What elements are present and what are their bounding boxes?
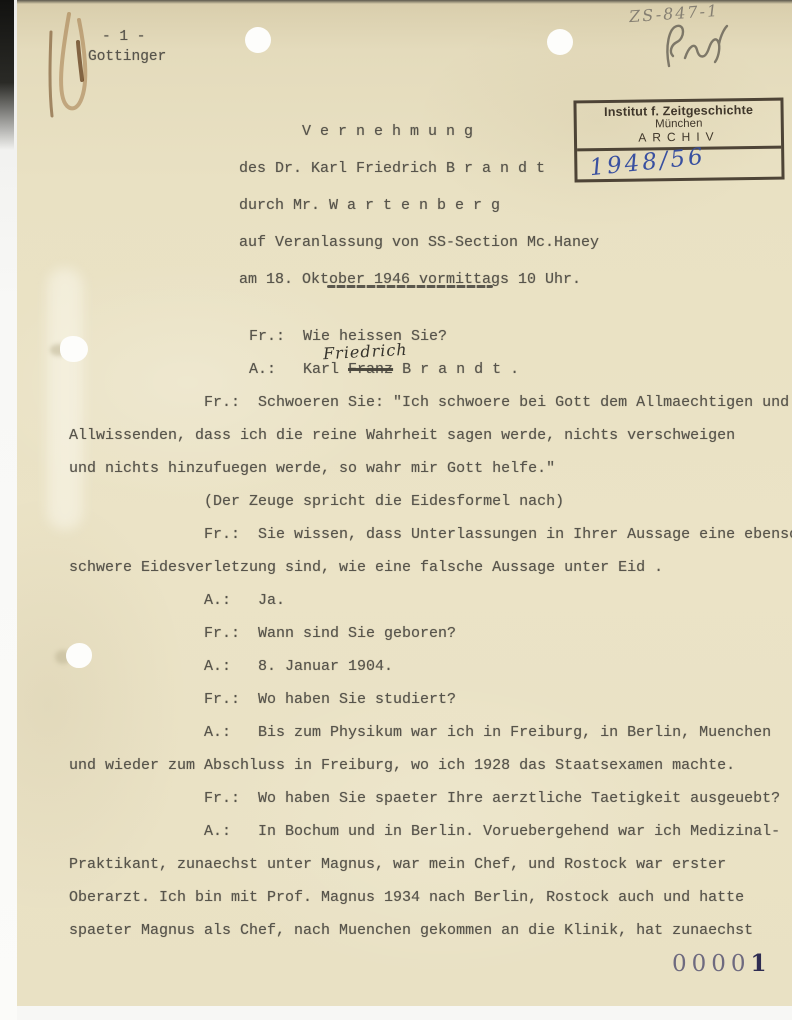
typed-line: schwere Eidesverletzung sind, wie eine f… [69,551,792,584]
typed-line: und wieder zum Abschluss in Freiburg, wo… [69,749,792,782]
document-page: - 1 - Gottinger ZS-847-1 Institut f. Zei… [17,0,792,1006]
scan-corner-shadow [0,0,14,150]
typed-line: A.: Ja. [69,584,792,617]
struck-word: Franz [348,361,393,378]
typed-line: Fr.: Wann sind Sie geboren? [69,617,792,650]
signature-scribble [655,18,745,74]
punch-hole [60,336,88,362]
typed-line: spaeter Magnus als Chef, nach Muenchen g… [69,914,792,947]
punch-hole [547,29,573,55]
stamp-institute-line: Institut f. Zeitgeschichte [577,103,781,120]
title-line: am 18. Oktober 1946 vormittags 10 Uhr. [239,261,599,298]
typed-line: (Der Zeuge spricht die Eidesformel nach) [69,485,792,518]
punch-hole [66,643,92,668]
typed-line: und nichts hinzufuegen werde, so wahr mi… [69,452,792,485]
typed-line: Fr.: Schwoeren Sie: "Ich schwoere bei Go… [69,386,792,419]
name-suffix: B r a n d t . [393,361,519,378]
typed-line: Fr.: Wo haben Sie spaeter Ihre aerztlich… [69,782,792,815]
typed-line: A.: Bis zum Physikum war ich in Freiburg… [69,716,792,749]
serial-number-stamp: 00001 [672,950,772,977]
typed-line: Oberarzt. Ich bin mit Prof. Magnus 1934 … [69,881,792,914]
typed-line: Allwissenden, dass ich die reine Wahrhei… [69,419,792,452]
title-block: V e r n e h m u n g des Dr. Karl Friedri… [239,113,599,298]
title-line: V e r n e h m u n g [239,113,599,150]
header-name: Gottinger [88,49,166,65]
typed-line: A.: 8. Januar 1904. [69,650,792,683]
paperclip-stain [45,4,125,134]
typed-line: Praktikant, zunaechst unter Magnus, war … [69,848,792,881]
typed-line: Fr.: Wie heissen Sie? [69,320,792,353]
scanner-background [0,0,17,1020]
transcript-body: Fr.: Wie heissen Sie? A.: Karl Franz B r… [69,320,792,947]
name-prefix: A.: Karl [69,361,348,378]
scanned-document: - 1 - Gottinger ZS-847-1 Institut f. Zei… [0,0,792,1020]
underline-rule [327,285,493,288]
typed-line: A.: In Bochum und in Berlin. Voruebergeh… [69,815,792,848]
typed-line-name-correction: A.: Karl Franz B r a n d t . [69,353,792,386]
serial-zeros: 0000 [672,951,751,977]
stamp-archiv-line: ARCHIV [577,129,781,146]
serial-last-digit: 1 [751,950,772,977]
title-line: durch Mr. W a r t e n b e r g [239,187,599,224]
title-line: auf Veranlassung von SS-Section Mc.Haney [239,224,599,261]
typed-line: Fr.: Sie wissen, dass Unterlassungen in … [69,518,792,551]
title-line: des Dr. Karl Friedrich B r a n d t [239,150,599,187]
page-number: - 1 - [102,29,146,45]
typed-line: Fr.: Wo haben Sie studiert? [69,683,792,716]
archive-stamp-text: Institut f. Zeitgeschichte München ARCHI… [576,101,781,152]
archive-stamp: Institut f. Zeitgeschichte München ARCHI… [573,98,784,183]
punch-hole [245,27,271,53]
